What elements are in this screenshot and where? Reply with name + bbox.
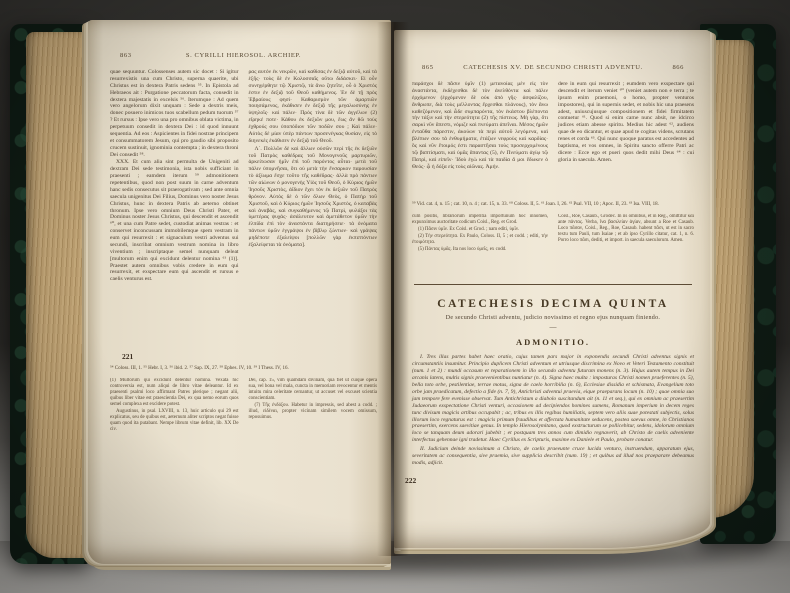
chapter-opening: CATECHESIS DECIMA QUINTA De secundo Chri… bbox=[412, 298, 694, 467]
right-running-title: CATECHESIS XV. DE SECUNDO CHRISTI ADVENT… bbox=[463, 64, 642, 71]
left-scripture-references: ⁵⁴ Coloss. III, 1. ⁵⁵ Hebr. I, 3. ⁵⁶ ibi… bbox=[110, 366, 377, 372]
section-divider-rule bbox=[414, 284, 692, 285]
left-running-head: 863 S. CYRILLI HIEROSOL. ARCHIEP. bbox=[110, 52, 377, 61]
right-page-greek-column: παράσχοι δὲ πᾶσιν ὑμῖν (1) μετανοίας μὲν… bbox=[412, 81, 548, 197]
greek-paragraph: Λ΄. Πολλῶν δὲ καὶ ἄλλων οὐσῶν περὶ τῆς ἐ… bbox=[249, 146, 378, 249]
left-page-text-columns: quae sequuntur. Colossenses autem sic do… bbox=[110, 69, 377, 361]
footnote: cum positis, librariorum imperitia impor… bbox=[412, 214, 548, 226]
column-marker-221: 221 bbox=[122, 352, 133, 361]
latin-paragraph: dere in eum qui resurrexit ; eumdem vero… bbox=[558, 81, 694, 164]
footnote: Dei, cap. 15, vim quamdam divinam, qua f… bbox=[249, 378, 378, 402]
right-page: 865 CATECHESIS XV. DE SECUNDO CHRISTI AD… bbox=[394, 30, 710, 548]
footnote-column: Dei, cap. 15, vim quamdam divinam, qua f… bbox=[249, 378, 378, 530]
footnote-column: cum positis, librariorum imperitia impor… bbox=[412, 214, 548, 276]
column-marker-222: 222 bbox=[405, 476, 416, 485]
left-page: 863 S. CYRILLI HIEROSOL. ARCHIEP. quae s… bbox=[88, 20, 391, 564]
admonitio-paragraph: II. Judicium deinde novissimum a Christo… bbox=[412, 446, 694, 467]
admonitio-paragraph: I. Tres illas partes habet haec oratio, … bbox=[412, 354, 694, 444]
footnote: (2) Τὴν στερεότητα. Ex Paulo, Coloss. II… bbox=[412, 234, 548, 246]
right-page-footnotes: cum positis, librariorum imperitia impor… bbox=[412, 214, 694, 276]
footnote-column: Coisl., Roe, Casaub., Grodec. In iis omn… bbox=[558, 214, 694, 276]
footnote: (1) Πᾶσιν ὑμῖν. Ex Coisl. et Grod. ; nam… bbox=[412, 227, 548, 233]
right-page-content: 865 CATECHESIS XV. DE SECUNDO CHRISTI AD… bbox=[394, 30, 710, 548]
left-page-latin-column: quae sequuntur. Colossenses autem sic do… bbox=[110, 69, 239, 361]
right-scripture-references: ⁵⁹ Vid. cat. 4, n. 15 ; cat. 10, n. 4 ; … bbox=[412, 202, 694, 208]
admonitio-text: I. Tres illas partes habet haec oratio, … bbox=[412, 354, 694, 467]
footnote: Coisl., Roe, Casaub., Grodec. In iis omn… bbox=[558, 214, 694, 244]
chapter-subtitle: De secundo Christi adventu, judicio novi… bbox=[412, 315, 694, 321]
left-page-greek-column: ρας αυτόν ἐκ νεκρῶν, καὶ καθίσας ἐν δεξι… bbox=[249, 69, 378, 361]
footnote-column: (1) Multorum qui excidunt delentur nomin… bbox=[110, 378, 239, 530]
left-page-footnotes: (1) Multorum qui excidunt delentur nomin… bbox=[110, 378, 377, 530]
right-running-head: 865 CATECHESIS XV. DE SECUNDO CHRISTI AD… bbox=[412, 64, 694, 73]
footnote: Augustinus, in psal. LXVIII, n. 13, huic… bbox=[110, 409, 239, 433]
footnote: (7) Τῆς ἐνδόξου. Habetur in impressis, s… bbox=[249, 403, 378, 421]
photo-of-open-book: 863 S. CYRILLI HIEROSOL. ARCHIEP. quae s… bbox=[0, 0, 790, 593]
chapter-dash: — bbox=[412, 324, 694, 331]
right-page-column-number-left: 865 bbox=[422, 64, 434, 71]
admonitio-heading: ADMONITIO. bbox=[412, 337, 694, 347]
greek-paragraph: παράσχοι δὲ πᾶσιν ὑμῖν (1) μετανοίας μὲν… bbox=[412, 81, 548, 170]
footnote: (1) Multorum qui excidunt delentur nomin… bbox=[110, 378, 239, 408]
right-page-latin-column: dere in eum qui resurrexit ; eumdem vero… bbox=[558, 81, 694, 197]
right-page-text-columns: παράσχοι δὲ πᾶσιν ὑμῖν (1) μετανοίας μὲν… bbox=[412, 81, 694, 197]
greek-paragraph: ρας αυτόν ἐκ νεκρῶν, καὶ καθίσας ἐν δεξι… bbox=[249, 69, 378, 145]
chapter-title: CATECHESIS DECIMA QUINTA bbox=[412, 298, 694, 310]
page-block-edge-left bbox=[26, 32, 90, 558]
left-page-content: 863 S. CYRILLI HIEROSOL. ARCHIEP. quae s… bbox=[88, 20, 391, 564]
left-page-column-number: 863 bbox=[120, 52, 132, 59]
left-running-title: S. CYRILLI HIEROSOL. ARCHIEP. bbox=[186, 52, 301, 59]
latin-paragraph: quae sequuntur. Colossenses autem sic do… bbox=[110, 69, 239, 158]
right-page-column-number-right: 866 bbox=[672, 64, 684, 71]
footnote: (5) Πάντας ὑμᾶς. Ita nos loco ὑμεῖς, ex … bbox=[412, 247, 548, 253]
latin-paragraph: XXX. Et cum alia sint permulta de Unigen… bbox=[110, 159, 239, 283]
